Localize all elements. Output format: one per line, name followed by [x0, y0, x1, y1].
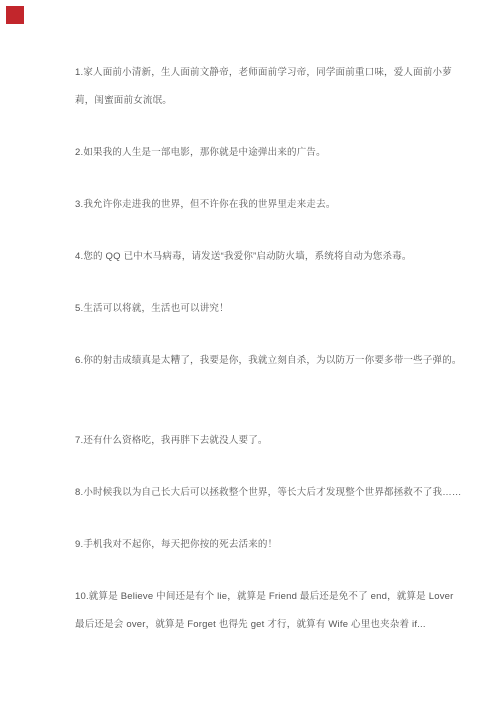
quote-item: 1.家人面前小清新，生人面前文静帝，老师面前学习帝，同学面前重口味，爱人面前小萝…	[75, 59, 432, 115]
quote-item: 2.如果我的人生是一部电影，那你就是中途弹出来的广告。	[75, 139, 432, 167]
quote-item: 5.生活可以将就，生活也可以讲究！	[75, 295, 432, 323]
quote-item: 7.还有什么资格吃，我再胖下去就没人要了。	[75, 427, 432, 455]
quote-list: 1.家人面前小清新，生人面前文静帝，老师面前学习帝，同学面前重口味，爱人面前小萝…	[0, 0, 500, 663]
quote-item: 4.您的 QQ 已中木马病毒，请发送“我爱你”启动防火墙，系统将自动为您杀毒。	[75, 243, 432, 271]
quote-item: 6.你的射击成绩真是太糟了，我要是你，我就立刻自杀，为以防万一你要多带一些子弹的…	[75, 347, 432, 375]
quote-item: 8.小时候我以为自己长大后可以拯救整个世界，等长大后才发现整个世界都拯救不了我……	[75, 479, 432, 507]
quote-item: 3.我允许你走进我的世界，但不许你在我的世界里走来走去。	[75, 191, 432, 219]
quote-item: 9.手机我对不起你，每天把你按的死去活来的！	[75, 531, 432, 559]
document-page: 1.家人面前小清新，生人面前文静帝，老师面前学习帝，同学面前重口味，爱人面前小萝…	[0, 0, 500, 708]
quote-item: 10.就算是 Believe 中间还是有个 lie，就算是 Friend 最后还…	[75, 583, 432, 639]
